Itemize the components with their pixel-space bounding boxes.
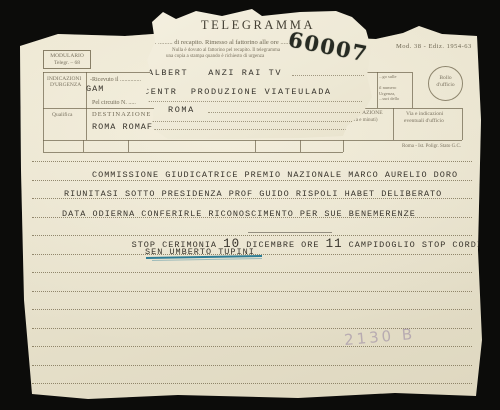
address-line-3: ROMA [168, 105, 195, 115]
bollo-line1: Bollo [429, 75, 462, 82]
telegram-photo: Mod. 38 - Ediz. 1954-63 MODULARIO Telegr… [0, 0, 500, 410]
table-divider-row2 [393, 108, 394, 140]
modulario-line2: Telegr. – 68 [44, 60, 90, 67]
dotted-leader [154, 129, 354, 130]
modulario-box: MODULARIO Telegr. – 68 [43, 50, 91, 69]
table-border-bottom [43, 140, 462, 141]
address-line-2: CENTR PRODUZIONE VIATEULADA [144, 87, 332, 97]
printer-imprint: Roma - Ist. Poligr. Stato G.C. [402, 144, 461, 150]
strip-divider-1 [83, 140, 84, 152]
ruled-line [32, 365, 472, 366]
via-indicazioni-line2: eventuali d'ufficio [404, 118, 444, 125]
ruled-line [32, 161, 472, 162]
qualifica-label: Qualifica [52, 112, 72, 119]
ruled-line [32, 346, 472, 347]
smallcell-line-4: ...suri dello [379, 96, 411, 101]
destinazione-label: DESTINAZIONE [92, 111, 151, 118]
ruled-line [32, 383, 472, 384]
message-hour-number: 11 [326, 237, 343, 251]
strip-divider-4 [300, 140, 301, 152]
message-line-4-part: CAMPIDOGLIO STOP CORDIALITA [343, 240, 500, 250]
bollo-line2: d'ufficio [429, 82, 462, 89]
table-border-right [462, 108, 463, 140]
strip-divider-5 [343, 140, 344, 152]
dotted-leader [292, 75, 364, 76]
message-line-3: DATA ODIERNA CONFERIRLE RICONOSCIMENTO P… [62, 209, 416, 219]
message-line-2: RIUNITASI SOTTO PRESIDENZA PROF GUIDO RI… [64, 189, 442, 199]
crease-mark [248, 232, 332, 233]
ruled-line [32, 309, 472, 310]
dotted-leader [148, 101, 362, 102]
dotted-leader [208, 112, 360, 113]
urgenza-label-2: D'URGENZA [50, 82, 81, 89]
bollo-ufficio-circle: Bollo d'ufficio [428, 66, 463, 101]
pasted-label: TELEGRAMMA N. ......... di recapito. Rim… [142, 8, 374, 142]
ricevuto-value: GAM [86, 84, 104, 94]
strip-divider-3 [255, 140, 256, 152]
circuito-label: Pel circuito N. ..... [92, 100, 136, 106]
strip-divider-2 [128, 140, 129, 152]
message-line-1: COMMISSIONE GIUDICATRICE PREMIO NAZIONAL… [92, 170, 458, 180]
ruled-line [32, 291, 472, 292]
telegramma-title: TELEGRAMMA [142, 18, 374, 33]
table-divider-col1 [86, 72, 87, 140]
strip-border-bottom [43, 152, 343, 153]
modulario-line1: MODULARIO [44, 53, 90, 60]
via-indicazioni-line1: Via e indicazioni [406, 111, 443, 118]
table-divider-smallcell-right [412, 72, 413, 108]
ruled-line [32, 272, 472, 273]
smallcell-line-1: ...go sulle [379, 74, 411, 79]
table-divider-smallcell-left [377, 72, 378, 108]
dotted-leader [152, 121, 360, 122]
fine-print-2: una copia a stampa quando è richiesto di… [166, 54, 264, 60]
destinazione-value: ROMA ROMAF. [92, 122, 159, 132]
address-line-1: ALBERT ANZI RAI TV [148, 68, 282, 78]
form-edition-label: Mod. 38 - Ediz. 1954-63 [396, 43, 472, 50]
ricevuto-label: -Ricevuto il .............. [90, 77, 141, 83]
